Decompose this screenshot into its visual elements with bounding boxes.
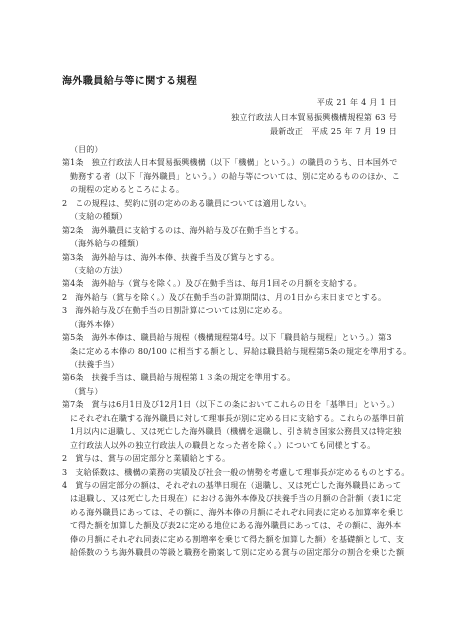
text-line: 2 賞与は、賞与の固定部分と業績給とする。 [62,452,398,465]
text-line: 給係数のうち海外職員の等級と職務を勘案して別に定める賞与の固定部分の割合を乗じた… [62,546,398,559]
text-line: 第1条 独立行政法人日本貿易振興機構（以下「機構」という。）の職員のうち、日本国… [62,156,398,169]
text-line: 勤務する者（以下「海外職員」という。）の給与等については、別に定めるもののほか、… [62,170,398,183]
text-line: にそれぞれ在職する海外職員に対して理事長が別に定める日に支給する。これらの基準日… [62,412,398,425]
text-line: 第5条 海外本俸は、職員給与規程（機構規程第4号。以下「職員給与規程」という。）… [62,331,398,344]
meta-last-amended: 最新改正 平成 25 年 7 月 19 日 [231,125,397,140]
text-line: 第2条 海外職員に支給するのは、海外給与及び在勤手当とする。 [62,224,398,237]
text-line: （賞与） [62,385,398,398]
document-page: 海外職員給与等に関する規程 平成 21 年 4 月 1 日 独立行政法人日本貿易… [0,0,452,640]
text-line: 2 海外給与（賞与を除く。）及び在勤手当の計算期間は、月の1日から末日までとする… [62,291,398,304]
text-line: の規程の定めるところによる。 [62,183,398,196]
text-line: 第7条 賞与は6月1日及び12月1日（以下この条においてこれらの日を「基準日」と… [62,398,398,411]
text-line: 第4条 海外給与（賞与を除く。）及び在勤手当は、毎月1回その月額を支給する。 [62,277,398,290]
meta-regulation-number: 独立行政法人日本貿易振興機構規程第 63 号 [231,111,397,126]
text-line: 1月以内に退職し、又は死亡した海外職員（機構を退職し、引き続き国家公務員又は特定… [62,425,398,438]
text-line: （扶養手当） [62,358,398,371]
text-line: （海外本俸） [62,318,398,331]
text-line: （支給の種類） [62,210,398,223]
text-line: （支給の方法） [62,264,398,277]
text-line: は退職し、又は死亡した日現在）における海外本俸及び扶養手当の月額の合計額（表1に… [62,492,398,505]
text-line: 3 海外給与及び在勤手当の日割計算については別に定める。 [62,304,398,317]
text-line: （海外給与の種類） [62,237,398,250]
text-line: 立行政法人以外の独立行政法人の職員となった者を除く。）についても同様とする。 [62,439,398,452]
text-line: める海外職員にあっては、その額に、海外本俸の月額にそれぞれ同表に定める加算率を乗… [62,506,398,519]
document-body: （目的）第1条 独立行政法人日本貿易振興機構（以下「機構」という。）の職員のうち… [62,143,398,560]
meta-effective-date: 平成 21 年 4 月 1 日 [231,96,397,111]
document-title: 海外職員給与等に関する規程 [62,72,197,87]
text-line: 条に定める本俸の 80/100 に相当する額とし、昇給は職員給与規程第5条の規定… [62,345,398,358]
text-line: 第6条 扶養手当は、職員給与規程第１３条の規定を準用する。 [62,371,398,384]
text-line: 俸の月額にそれぞれ同表に定める割増率を乗じて得た額を加算した額）を基礎額として、… [62,533,398,546]
text-line: 第3条 海外給与は、海外本俸、扶養手当及び賞与とする。 [62,251,398,264]
text-line: （目的） [62,143,398,156]
text-line: 2 この規程は、契約に別の定めのある職員については適用しない。 [62,197,398,210]
text-line: 4 賞与の固定部分の額は、それぞれの基準日現在（退職し、又は死亡した海外職員にあ… [62,479,398,492]
document-meta: 平成 21 年 4 月 1 日 独立行政法人日本貿易振興機構規程第 63 号 最… [231,96,397,140]
text-line: 3 支給係数は、機構の業務の実績及び社会一般の情勢を考慮して理事長が定めるものと… [62,466,398,479]
text-line: て得た額を加算した額及び表2に定める地位にある海外職員にあっては、その額に、海外… [62,519,398,532]
